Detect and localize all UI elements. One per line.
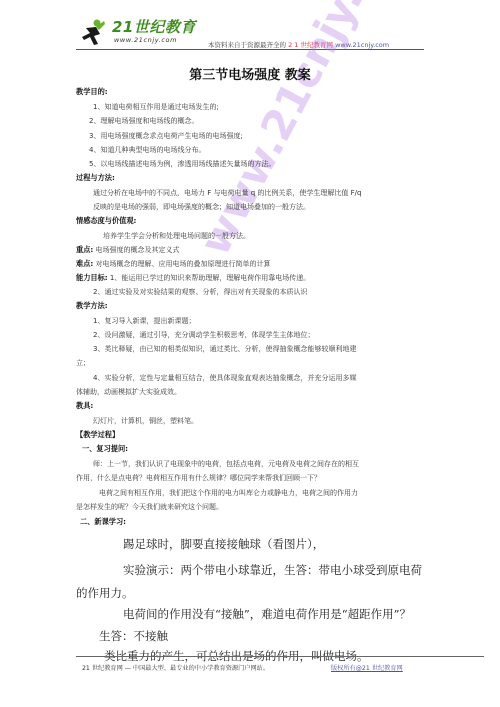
process-text: 通过分析在电场中的不同点，电场力 F 与电荷电量 q 的比例关系，使学生理解比值… (93, 188, 361, 198)
new-lesson-line: 踢足球时，脚要直接接触球（看图片）， (123, 536, 324, 552)
difficulty-text: 对电场概念的理解、应用电场的叠加原理进行简单的计算 (95, 260, 270, 268)
attitude-heading: 情感态度与价值观: (76, 216, 136, 226)
difficulty-label: 难点: (76, 259, 93, 268)
goal-item: 4、知道几种典型电场的电场线分布。 (89, 145, 205, 155)
method-item: 4、实验分析，定性与定量相互结合，使具体现象直观表达抽象概念，并充分运用多媒 (93, 373, 356, 383)
review-text: 电荷之间有相互作用，我们把这个作用的电力叫库仑力或静电力，电荷之间的作用力 (99, 488, 358, 498)
runner-logo-icon (80, 18, 106, 46)
tools-text: 幻灯片，计算机，铜丝，塑料笔。 (93, 416, 198, 426)
new-lesson-heading: 二、新课学习: (80, 517, 126, 527)
ability-goal: 能力目标: 1、能运用已学过的知识来帮助理解，理解电荷作用靠电场传递。 (76, 273, 310, 283)
tools-heading: 教具: (76, 401, 93, 411)
goal-item: 3、用电场强度概念求点电荷产生电场的电场强度; (89, 131, 243, 141)
key-point: 重点: 电场强度的概念及其定义式 (76, 245, 179, 255)
goal-item: 2、理解电场强度和电场线的概念。 (89, 116, 198, 126)
method-item-cont: 体辅助，动画模拟扩大实验成效。 (76, 387, 181, 397)
method-item: 2、设问激疑，通过引导，充分调动学生积极思考，体现学生主体地位； (93, 330, 314, 340)
difficulty-point: 难点: 对电场概念的理解、应用电场的叠加原理进行简单的计算 (76, 259, 270, 269)
new-lesson-line: 生答：不接触 (99, 628, 168, 644)
key-point-text: 电场强度的概念及其定义式 (95, 246, 179, 254)
review-text: 作用，什么是点电荷？电荷相互作用有什么规律？哪位同学来帮我们回顾一下？ (76, 473, 321, 483)
page-header: 21世纪教育 www.21cnjy.com 本资料来自于资源最齐全的 2 1 世… (76, 12, 426, 52)
ability-text-1: 1、能运用已学过的知识来帮助理解，理解电荷作用靠电场传递。 (110, 274, 310, 282)
logo-url-text: www.21cnjy.com (114, 36, 177, 44)
footer-slogan: 21 世纪教育网 — 中国最大型、最专业的中小学教育资源门户网站。 (82, 663, 269, 672)
header-note-prefix: 本资料来自于资源最齐全的 (208, 41, 286, 49)
key-point-label: 重点: (76, 245, 93, 254)
teaching-process-title: 【教学过程】 (76, 430, 119, 440)
review-text: 师：上一节，我们认识了电现象中的电荷，包括点电荷，元电荷及电荷之间存在的相互 (93, 459, 359, 469)
method-heading: 教学方法: (76, 301, 108, 311)
document-title: 第三节电场强度 教案 (0, 64, 500, 83)
goal-item: 1、知道电荷相互作用是通过电场发生的; (93, 102, 219, 112)
attitude-text: 培养学生学会分析和处理电场问题的一般方法。 (103, 231, 250, 241)
new-lesson-line: 的作用力。 (76, 585, 134, 601)
header-divider (76, 49, 424, 50)
ability-label: 能力目标: (76, 273, 108, 282)
footer-divider (76, 656, 484, 657)
review-heading: 一、复习提问: (82, 444, 128, 454)
site-logo: 21世纪教育 www.21cnjy.com (76, 12, 196, 48)
footer-copyright-link[interactable]: 版权所有@21 世纪教育网 (331, 663, 403, 672)
goals-heading: 教学目的: (76, 87, 108, 97)
goal-item: 5、以电场线描述电场为例，渗透用场线描述矢量场的方法。 (89, 159, 275, 169)
logo-brand-text: 21世纪教育 (112, 16, 196, 37)
process-text: 反映的是电场的强弱，即电场强度的概念；知道电场叠加的一般方法。 (93, 202, 310, 212)
new-lesson-line: 电荷间的作用没有“接触”，难道电荷作用是“超距作用”？ (123, 606, 411, 622)
review-text: 是怎样发生的呢？今天我们就来研究这个问题。 (76, 502, 223, 512)
process-method-heading: 过程与方法: (76, 173, 115, 183)
method-item-cont: 立； (76, 358, 90, 368)
method-item: 3、类比释疑，由已知的相类似知识，通过类比、分析，使得抽象概念能够较顺利地建 (93, 344, 356, 354)
new-lesson-line: 实验演示：两个带电小球靠近，生答：带电小球受到原电荷 (123, 562, 422, 578)
ability-text-2: 2、通过实验及对实验结果的观察、分析，得出对有关现象的本质认识 (93, 287, 307, 297)
method-item: 1、复习导入新课，提出新课题； (93, 316, 195, 326)
